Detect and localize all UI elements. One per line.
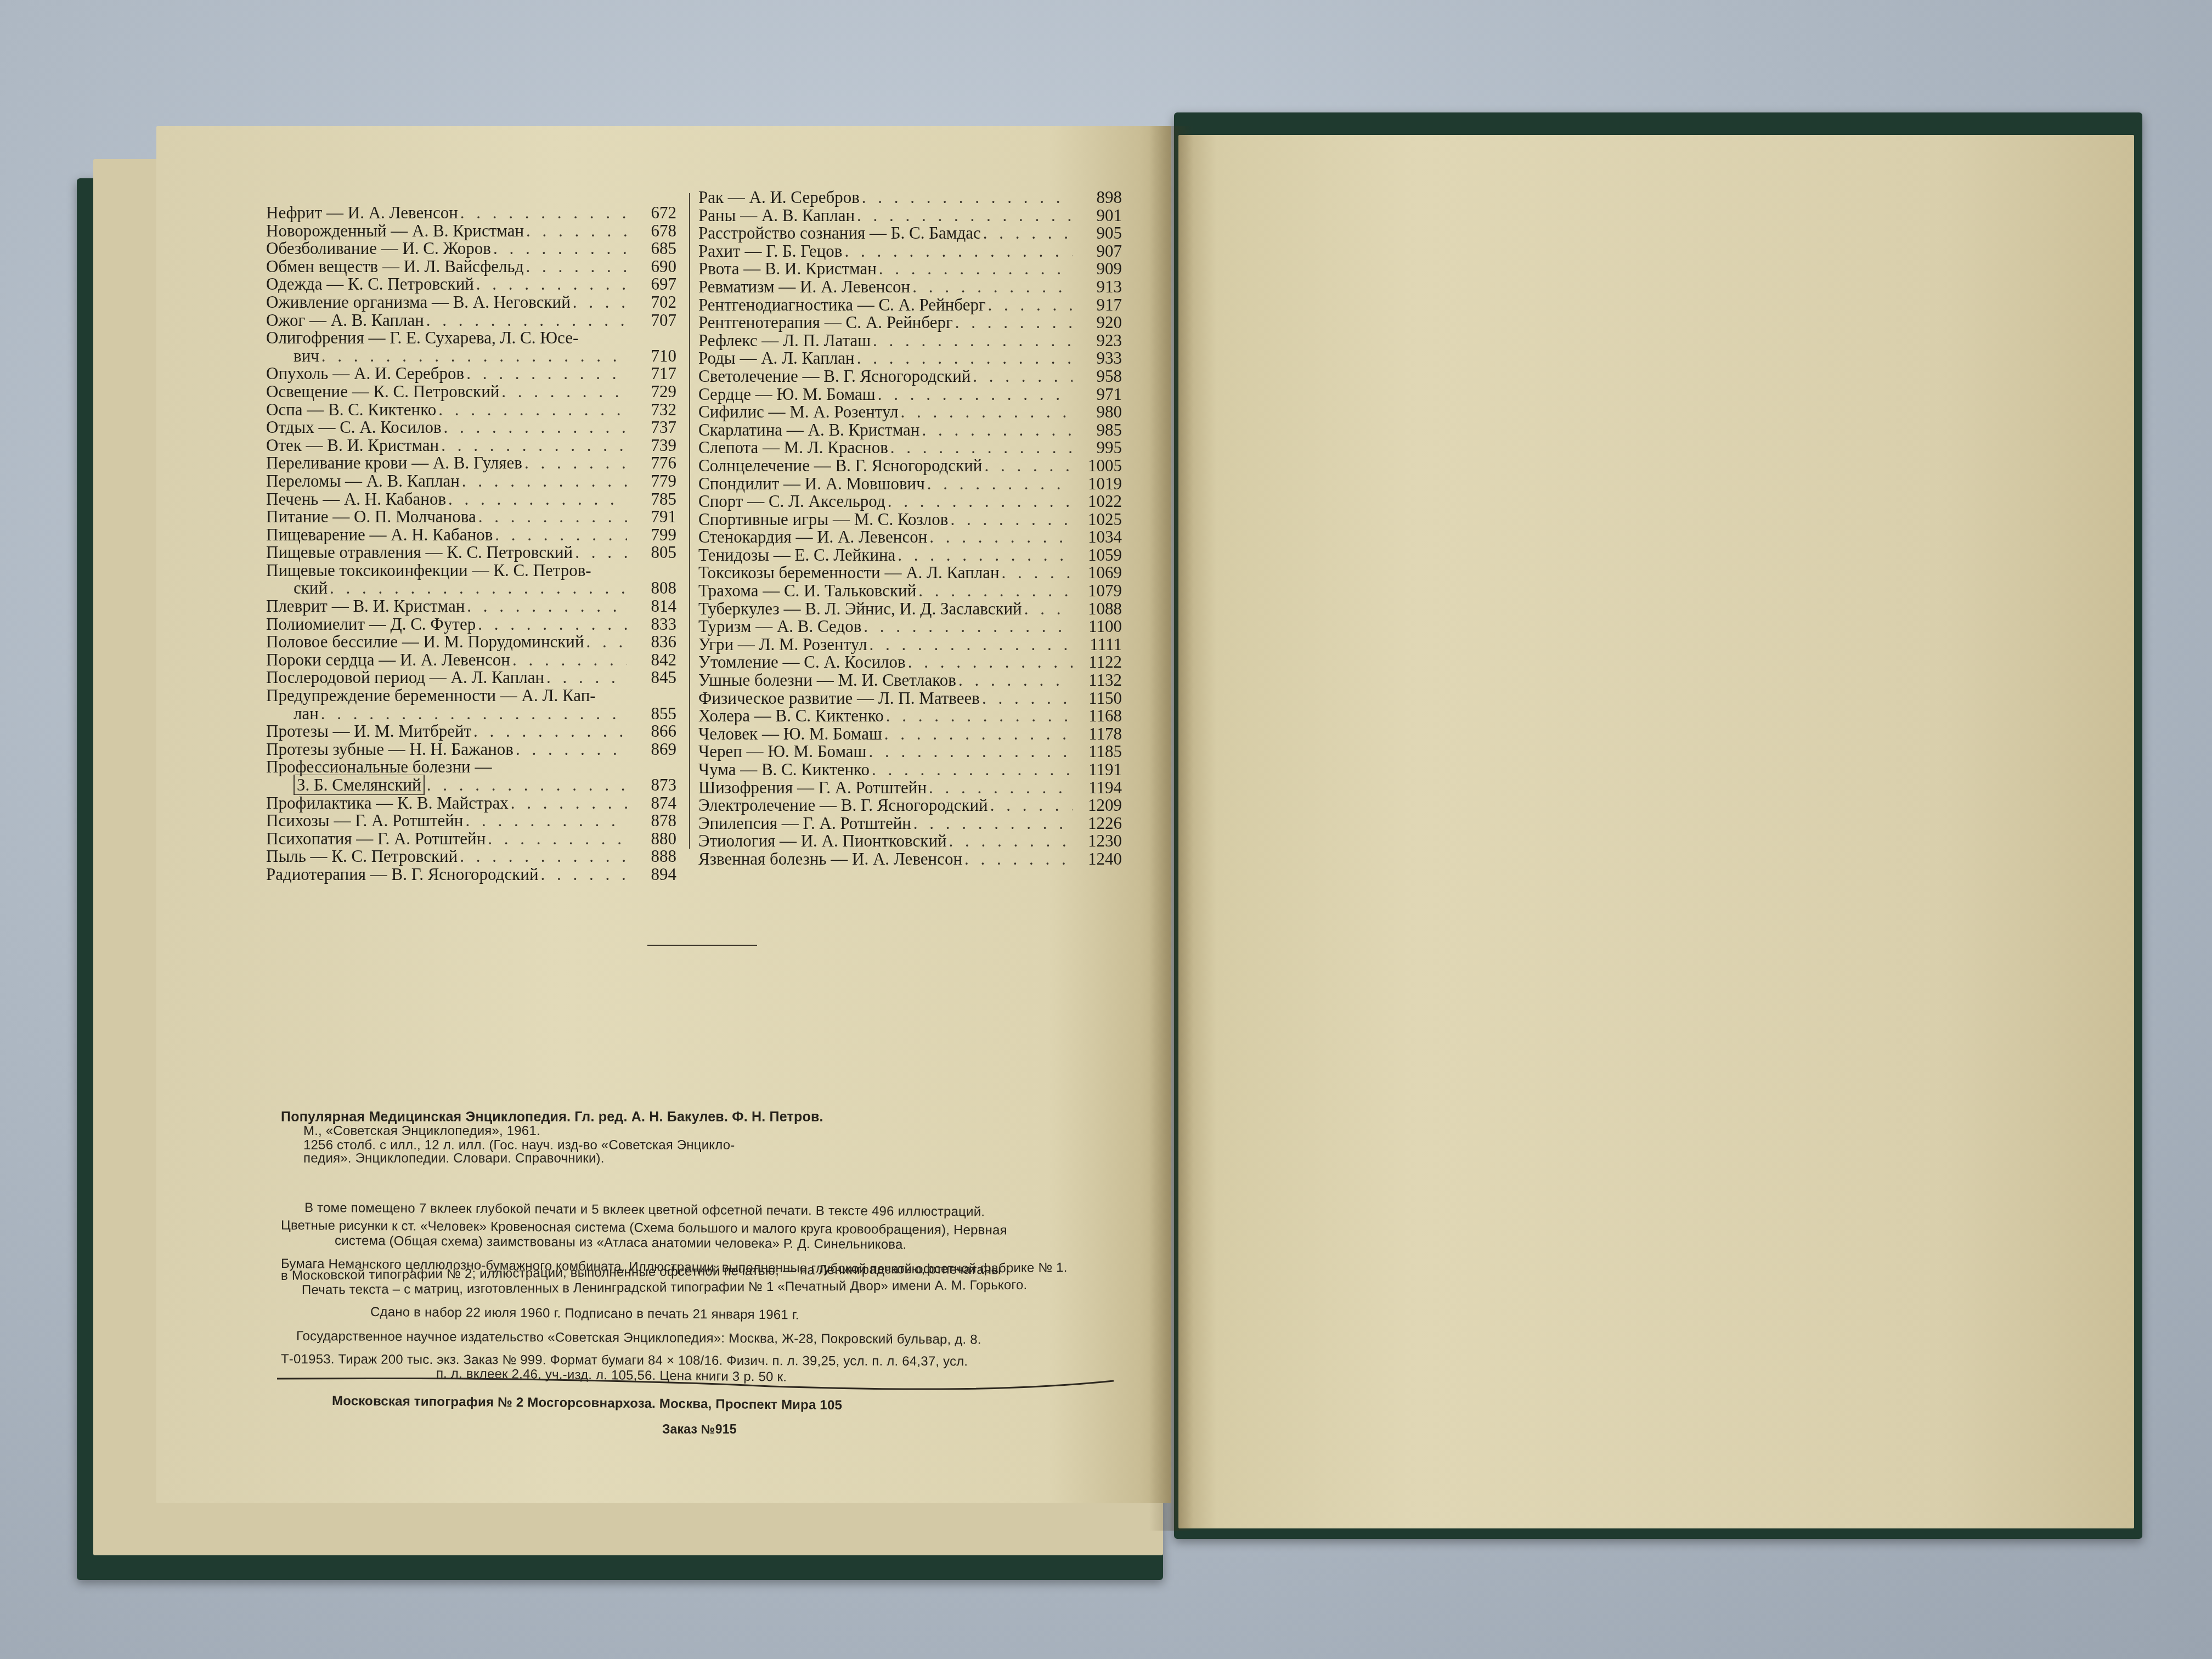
dot-leader xyxy=(929,779,1073,797)
dot-leader xyxy=(466,365,627,383)
toc-entry: Человек — Ю. М. Бомаш1178 xyxy=(698,725,1122,743)
toc-entry-page: 888 xyxy=(629,848,676,866)
dot-leader xyxy=(868,743,1073,761)
toc-entry-page: 729 xyxy=(629,383,676,401)
toc-entry-page: 710 xyxy=(629,347,676,365)
dot-leader xyxy=(901,403,1073,421)
dot-leader xyxy=(857,349,1073,368)
toc-entry-title: Спондилит — И. А. Мовшович xyxy=(698,475,925,493)
dot-leader xyxy=(575,544,627,562)
toc-entry: Печень — А. Н. Кабанов785 xyxy=(266,490,676,509)
toc-entry-title: Одежда — К. С. Петровский xyxy=(266,275,474,294)
toc-entry-title: Раны — А. В. Каплан xyxy=(698,207,855,225)
toc-entry-page: 1059 xyxy=(1075,546,1122,565)
toc-entry: Протезы — И. М. Митбрейт866 xyxy=(266,723,676,741)
toc-entry-title: Оспа — В. С. Киктенко xyxy=(266,401,436,419)
toc-entry-title: Оживление организма — В. А. Неговский xyxy=(266,294,571,312)
toc-entry-title: Обезболивание — И. С. Жоров xyxy=(266,240,491,258)
toc-entry: Язвенная болезнь — И. А. Левенсон1240 xyxy=(698,850,1122,868)
dot-leader xyxy=(467,597,627,616)
right-page-blank xyxy=(1178,135,2134,1528)
dot-leader xyxy=(872,761,1073,779)
toc-entry: Сифилис — М. А. Розентул980 xyxy=(698,403,1122,421)
toc-entry: Половое бессилие — И. М. Порудоминский83… xyxy=(266,633,676,651)
toc-entry-page: 1122 xyxy=(1075,653,1122,672)
toc-entry-title: Отек — В. И. Кристман xyxy=(266,437,439,455)
toc-entry-title: Светолечение — В. Г. Ясногородский xyxy=(698,368,970,386)
dot-leader xyxy=(462,472,627,490)
toc-entry-page: 923 xyxy=(1075,332,1122,350)
dot-leader xyxy=(321,347,627,365)
toc-entry: лан855 xyxy=(266,705,676,723)
toc-entry: Пищевые отравления — К. С. Петровский805 xyxy=(266,544,676,562)
toc-entry: ский808 xyxy=(266,579,676,597)
dot-leader xyxy=(890,439,1073,457)
toc-entry-title: Ревматизм — И. А. Левенсон xyxy=(698,278,910,296)
toc-entry-title: Половое бессилие — И. М. Порудоминский xyxy=(266,633,584,651)
dot-leader xyxy=(512,651,627,669)
toc-entry-page: 894 xyxy=(629,866,676,884)
toc-entry: Раны — А. В. Каплан901 xyxy=(698,207,1122,225)
toc-entry-page: 702 xyxy=(629,294,676,312)
catalog-line: Популярная Медицинская Энциклопедия. Гл.… xyxy=(281,1109,823,1125)
toc-entry-title: Рентгенотерапия — С. А. Рейнберг xyxy=(698,314,953,332)
toc-entry: Рентгенодиагностика — С. А. Рейнберг917 xyxy=(698,296,1122,314)
toc-entry: Спортивные игры — М. С. Козлов1025 xyxy=(698,511,1122,529)
dot-leader xyxy=(864,618,1073,636)
toc-entry-title: Олигофрения — Г. Е. Сухарева, Л. С. Юсе- xyxy=(266,329,578,347)
toc-entry: Нефрит — И. А. Левенсон672 xyxy=(266,204,676,222)
dot-leader xyxy=(448,490,627,509)
toc-entry-page: 920 xyxy=(1075,314,1122,332)
toc-entry: Спондилит — И. А. Мовшович1019 xyxy=(698,475,1122,493)
toc-entry-title: Послеродовой период — А. Л. Каплан xyxy=(266,669,544,687)
dot-leader xyxy=(573,294,627,312)
toc-entry: Протезы зубные — Н. Н. Бажанов869 xyxy=(266,741,676,759)
dot-leader xyxy=(886,707,1073,725)
toc-entry: Расстройство сознания — Б. С. Бамдас905 xyxy=(698,224,1122,242)
toc-entry-page: 880 xyxy=(629,830,676,848)
toc-entry-title: Сердце — Ю. М. Бомаш xyxy=(698,386,876,404)
toc-entry-title: Рефлекс — Л. П. Латаш xyxy=(698,332,871,350)
toc-entry-title: Язвенная болезнь — И. А. Левенсон xyxy=(698,850,962,868)
toc-entry-page: 1005 xyxy=(1075,457,1122,475)
toc-entry-title: Тенидозы — Е. С. Лейкина xyxy=(698,546,895,565)
dot-leader xyxy=(873,332,1073,350)
toc-entry-title: Ушные болезни — М. И. Светлаков xyxy=(698,672,956,690)
toc-entry: Отек — В. И. Кристман739 xyxy=(266,437,676,455)
toc-entry: Трахома — С. И. Тальковский1079 xyxy=(698,582,1122,600)
dot-leader xyxy=(913,815,1073,833)
catalog-title: Популярная Медицинская Энциклопедия. Гл.… xyxy=(281,1109,823,1125)
dot-leader xyxy=(973,368,1073,386)
dot-leader xyxy=(460,204,627,222)
dot-leader xyxy=(488,830,627,848)
toc-entry-title: Шизофрения — Г. А. Ротштейн xyxy=(698,779,927,797)
toc-entry-title: Трахома — С. И. Тальковский xyxy=(698,582,916,600)
toc-entry: Психозы — Г. А. Ротштейн878 xyxy=(266,812,676,830)
toc-entry-page: 901 xyxy=(1075,207,1122,225)
toc-entry: Радиотерапия — В. Г. Ясногородский894 xyxy=(266,866,676,884)
dot-leader xyxy=(1024,600,1073,618)
toc-entry-title: Туризм — А. В. Седов xyxy=(698,618,861,636)
dot-leader xyxy=(438,401,627,419)
toc-entry-title: Печень — А. Н. Кабанов xyxy=(266,490,446,509)
toc-entry: Рак — А. И. Серебров898 xyxy=(698,189,1122,207)
toc-entry-title: Предупреждение беременности — А. Л. Кап- xyxy=(266,687,596,705)
toc-entry: Послеродовой период — А. Л. Каплан845 xyxy=(266,669,676,687)
toc-entry-title: Роды — А. Л. Каплан xyxy=(698,349,855,368)
toc-entry: Этиология — И. А. Пионтковский1230 xyxy=(698,832,1122,850)
column-divider xyxy=(689,193,690,849)
order-stamp: Заказ №915 xyxy=(662,1422,737,1437)
toc-entry: Стенокардия — И. А. Левенсон1034 xyxy=(698,528,1122,546)
toc-entry-title: Новорожденный — А. В. Кристман xyxy=(266,222,524,240)
dot-leader xyxy=(546,669,627,687)
toc-entry-page: 737 xyxy=(629,419,676,437)
toc-entry-page: 898 xyxy=(1075,189,1122,207)
toc-entry-title: Рентгенодиагностика — С. А. Рейнберг xyxy=(698,296,986,314)
dot-leader xyxy=(984,457,1073,475)
toc-entry-page: 1178 xyxy=(1075,725,1122,743)
toc-entry: З. Б. Смелянский873 xyxy=(266,776,676,794)
toc-entry-title: Пыль — К. С. Петровский xyxy=(266,848,458,866)
toc-entry: Обмен веществ — И. Л. Вайсфельд690 xyxy=(266,258,676,276)
dot-leader xyxy=(918,582,1073,600)
toc-entry-title: Чума — В. С. Киктенко xyxy=(698,761,870,779)
dot-leader xyxy=(949,832,1073,850)
toc-entry-title: Отдых — С. А. Косилов xyxy=(266,419,442,437)
dot-leader xyxy=(444,419,627,437)
toc-entry-title: Протезы зубные — Н. Н. Бажанов xyxy=(266,741,513,759)
dot-leader xyxy=(321,705,627,723)
toc-entry: Опухоль — А. И. Серебров717 xyxy=(266,365,676,383)
toc-entry-page: 1240 xyxy=(1075,850,1122,868)
toc-entry: Токсикозы беременности — А. Л. Каплан106… xyxy=(698,564,1122,582)
toc-entry-title: Профилактика — К. В. Майстрах xyxy=(266,794,509,812)
toc-entry-title: Туберкулез — В. Л. Эйнис, И. Д. Заславск… xyxy=(698,600,1022,618)
dot-leader xyxy=(879,260,1073,278)
toc-entry-page: 1088 xyxy=(1075,600,1122,618)
catalog-line: педия». Энциклопедии. Словари. Справочни… xyxy=(303,1151,605,1166)
dot-leader xyxy=(524,454,627,472)
toc-entry-page: 866 xyxy=(629,723,676,741)
toc-entry: Светолечение — В. Г. Ясногородский958 xyxy=(698,368,1122,386)
toc-entry-page: 1194 xyxy=(1075,779,1122,797)
toc-entry-page: 1022 xyxy=(1075,493,1122,511)
toc-entry-page: 985 xyxy=(1075,421,1122,439)
toc-entry-page: 690 xyxy=(629,258,676,276)
toc-entry-title: Слепота — М. Л. Краснов xyxy=(698,439,888,457)
toc-entry-title: Эпилепсия — Г. А. Ротштейн xyxy=(698,815,911,833)
specs-line: Т-01953. Тираж 200 тыс. экз. Заказ № 999… xyxy=(281,1352,968,1369)
toc-entry-title: Холера — В. С. Киктенко xyxy=(698,707,884,725)
dot-leader xyxy=(862,189,1073,207)
toc-entry-title: Токсикозы беременности — А. Л. Каплан xyxy=(698,564,1000,582)
toc-entry-page: 805 xyxy=(629,544,676,562)
toc-entry: Эпилепсия — Г. А. Ротштейн1226 xyxy=(698,815,1122,833)
dot-leader xyxy=(927,475,1073,493)
toc-entry-title: Спортивные игры — М. С. Козлов xyxy=(698,511,948,529)
toc-entry-page: 980 xyxy=(1075,403,1122,421)
toc-entry-title: Этиология — И. А. Пионтковский xyxy=(698,832,947,850)
toc-entry-page: 1185 xyxy=(1075,743,1122,761)
toc-entry-page: 685 xyxy=(629,240,676,258)
toc-entry: Рахит — Г. Б. Гецов907 xyxy=(698,242,1122,261)
toc-entry-title: Пороки сердца — И. А. Левенсон xyxy=(266,651,510,669)
toc-entry: Отдых — С. А. Косилов737 xyxy=(266,419,676,437)
toc-entry-page: 1034 xyxy=(1075,528,1122,546)
toc-entry-page: 907 xyxy=(1075,242,1122,261)
section-rule xyxy=(647,945,757,946)
toc-entry-title: Скарлатина — А. В. Кристман xyxy=(698,421,919,439)
toc-entry-page: 971 xyxy=(1075,386,1122,404)
toc-entry: Обезболивание — И. С. Жоров685 xyxy=(266,240,676,258)
toc-entry-title: Угри — Л. М. Розентул xyxy=(698,636,867,654)
dot-leader xyxy=(912,278,1073,296)
dot-leader xyxy=(878,386,1073,404)
dot-leader xyxy=(426,312,627,330)
toc-entry-title: Полиомиелит — Д. С. Футер xyxy=(266,616,476,634)
toc-entry-page: 905 xyxy=(1075,224,1122,242)
dot-leader xyxy=(441,437,627,455)
dot-leader xyxy=(473,723,627,741)
dot-leader xyxy=(460,848,627,866)
toc-entry-title: Протезы — И. М. Митбрейт xyxy=(266,723,471,741)
toc-entry: Электролечение — В. Г. Ясногородский1209 xyxy=(698,797,1122,815)
toc-entry-page: 933 xyxy=(1075,349,1122,368)
toc-entry: Одежда — К. С. Петровский697 xyxy=(266,275,676,294)
toc-entry: Новорожденный — А. В. Кристман678 xyxy=(266,222,676,240)
toc-left-column: Нефрит — И. А. Левенсон672Новорожденный … xyxy=(266,204,676,884)
dot-leader xyxy=(929,528,1073,546)
toc-entry-title: лан xyxy=(266,705,319,723)
toc-entry: Освещение — К. С. Петровский729 xyxy=(266,383,676,401)
toc-entry: Питание — О. П. Молчанова791 xyxy=(266,508,676,526)
dot-leader xyxy=(982,690,1073,708)
toc-entry: Пищевые токсикоинфекции — К. С. Петров- xyxy=(266,562,676,580)
toc-entry-title: Переломы — А. В. Каплан xyxy=(266,472,460,490)
dot-leader xyxy=(898,546,1073,565)
dot-leader xyxy=(541,866,628,884)
toc-entry: Олигофрения — Г. Е. Сухарева, Л. С. Юсе- xyxy=(266,329,676,347)
dot-leader xyxy=(330,579,627,597)
toc-entry-page: 995 xyxy=(1075,439,1122,457)
toc-entry: вич710 xyxy=(266,347,676,365)
toc-entry-title: Пищевые токсикоинфекции — К. С. Петров- xyxy=(266,562,591,580)
toc-entry-page: 697 xyxy=(629,275,676,294)
toc-entry: Предупреждение беременности — А. Л. Кап- xyxy=(266,687,676,705)
toc-entry-page: 1100 xyxy=(1075,618,1122,636)
dot-leader xyxy=(950,511,1073,529)
toc-entry-title: Нефрит — И. А. Левенсон xyxy=(266,204,458,222)
spine-gutter xyxy=(1149,126,1193,1531)
toc-entry: Скарлатина — А. В. Кристман985 xyxy=(698,421,1122,439)
dot-leader xyxy=(884,725,1073,743)
toc-entry-page: 732 xyxy=(629,401,676,419)
toc-entry-title: Расстройство сознания — Б. С. Бамдас xyxy=(698,224,981,242)
dot-leader xyxy=(844,242,1073,261)
dot-leader xyxy=(493,240,627,258)
toc-entry-page: 913 xyxy=(1075,278,1122,296)
toc-entry-title: Обмен веществ — И. Л. Вайсфельд xyxy=(266,258,523,276)
toc-entry: Роды — А. Л. Каплан933 xyxy=(698,349,1122,368)
toc-entry-page: 1111 xyxy=(1075,636,1122,654)
toc-entry: Рентгенотерапия — С. А. Рейнберг920 xyxy=(698,314,1122,332)
toc-entry-page: 873 xyxy=(629,776,676,794)
toc-entry-page: 1191 xyxy=(1075,761,1122,779)
toc-entry-page: 845 xyxy=(629,669,676,687)
toc-entry: Туберкулез — В. Л. Эйнис, И. Д. Заславск… xyxy=(698,600,1122,618)
dot-leader xyxy=(501,383,627,401)
toc-entry-page: 808 xyxy=(629,579,676,597)
dot-leader xyxy=(516,741,627,759)
dates-line: Сдано в набор 22 июля 1960 г. Подписано … xyxy=(370,1305,799,1323)
toc-entry: Череп — Ю. М. Бомаш1185 xyxy=(698,743,1122,761)
toc-entry-page: 836 xyxy=(629,633,676,651)
toc-entry-page: 785 xyxy=(629,490,676,509)
toc-entry: Холера — В. С. Киктенко1168 xyxy=(698,707,1122,725)
dot-leader xyxy=(526,222,627,240)
toc-entry: Шизофрения — Г. А. Ротштейн1194 xyxy=(698,779,1122,797)
toc-entry: Угри — Л. М. Розентул1111 xyxy=(698,636,1122,654)
toc-entry: Оживление организма — В. А. Неговский702 xyxy=(266,294,676,312)
toc-entry: Чума — В. С. Киктенко1191 xyxy=(698,761,1122,779)
dot-leader xyxy=(511,794,627,812)
toc-entry: Профессиональные болезни — xyxy=(266,758,676,776)
toc-entry: Профилактика — К. В. Майстрах874 xyxy=(266,794,676,812)
toc-entry-page: 917 xyxy=(1075,296,1122,314)
toc-entry-page: 1019 xyxy=(1075,475,1122,493)
toc-entry: Сердце — Ю. М. Бомаш971 xyxy=(698,386,1122,404)
toc-entry-title: Рвота — В. И. Кристман xyxy=(698,260,877,278)
toc-entry: Полиомиелит — Д. С. Футер833 xyxy=(266,616,676,634)
toc-entry-title: вич xyxy=(266,347,319,365)
toc-entry-page: 855 xyxy=(629,705,676,723)
toc-entry-page: 1069 xyxy=(1075,564,1122,582)
toc-entry-page: 874 xyxy=(629,794,676,812)
toc-entry-title: Сифилис — М. А. Розентул xyxy=(698,403,899,421)
toc-entry-title: Рахит — Г. Б. Гецов xyxy=(698,242,842,261)
toc-entry-page: 1168 xyxy=(1075,707,1122,725)
toc-entry-page: 909 xyxy=(1075,260,1122,278)
toc-entry-page: 958 xyxy=(1075,368,1122,386)
dot-leader xyxy=(983,224,1073,242)
dot-leader xyxy=(526,258,627,276)
toc-entry-page: 672 xyxy=(629,204,676,222)
dot-leader xyxy=(465,812,627,830)
toc-entry-title: Психопатия — Г. А. Ротштейн xyxy=(266,830,486,848)
toc-entry-page: 707 xyxy=(629,312,676,330)
toc-entry-page: 1150 xyxy=(1075,690,1122,708)
wavy-rule xyxy=(277,1374,1114,1391)
toc-entry-page: 739 xyxy=(629,437,676,455)
toc-entry-page: 1226 xyxy=(1075,815,1122,833)
toc-entry: Ожог — А. В. Каплан707 xyxy=(266,312,676,330)
toc-entry: Пыль — К. С. Петровский888 xyxy=(266,848,676,866)
toc-entry-page: 791 xyxy=(629,508,676,526)
toc-entry-page: 1079 xyxy=(1075,582,1122,600)
toc-entry-page: 779 xyxy=(629,472,676,490)
toc-entry: Психопатия — Г. А. Ротштейн880 xyxy=(266,830,676,848)
toc-entry: Слепота — М. Л. Краснов995 xyxy=(698,439,1122,457)
toc-entry-page: 814 xyxy=(629,597,676,616)
dot-leader xyxy=(888,493,1073,511)
toc-entry-title: Пищеварение — А. Н. Кабанов xyxy=(266,526,493,544)
dot-leader xyxy=(476,275,627,294)
toc-entry: Рефлекс — Л. П. Латаш923 xyxy=(698,332,1122,350)
toc-entry-title: Утомление — С. А. Косилов xyxy=(698,653,906,672)
dot-leader xyxy=(958,672,1073,690)
toc-entry-page: 717 xyxy=(629,365,676,383)
toc-entry-title: Плеврит — В. И. Кристман xyxy=(266,597,465,616)
toc-entry-page: 678 xyxy=(629,222,676,240)
toc-entry: Плеврит — В. И. Кристман814 xyxy=(266,597,676,616)
toc-entry-page: 1209 xyxy=(1075,797,1122,815)
toc-entry: Тенидозы — Е. С. Лейкина1059 xyxy=(698,546,1122,565)
toc-entry: Пищеварение — А. Н. Кабанов799 xyxy=(266,526,676,544)
toc-entry-page: 869 xyxy=(629,741,676,759)
toc-entry-title: Спорт — С. Л. Аксельрод xyxy=(698,493,885,511)
dot-leader xyxy=(478,616,627,634)
toc-entry-title: Рак — А. И. Серебров xyxy=(698,189,860,207)
dot-leader xyxy=(495,526,627,544)
toc-entry: Ревматизм — И. А. Левенсон913 xyxy=(698,278,1122,296)
toc-entry-title: Стенокардия — И. А. Левенсон xyxy=(698,528,927,546)
toc-entry-title: Переливание крови — А. В. Гуляев xyxy=(266,454,522,472)
toc-entry-title: Питание — О. П. Молчанова xyxy=(266,508,476,526)
toc-entry-page: 776 xyxy=(629,454,676,472)
toc-entry: Солнцелечение — В. Г. Ясногородский1005 xyxy=(698,457,1122,475)
toc-entry: Пороки сердца — И. А. Левенсон842 xyxy=(266,651,676,669)
toc-entry: Утомление — С. А. Косилов1122 xyxy=(698,653,1122,672)
toc-entry-page: 1025 xyxy=(1075,511,1122,529)
toc-entry-title: Солнцелечение — В. Г. Ясногородский xyxy=(698,457,982,475)
toc-entry-title: Опухоль — А. И. Серебров xyxy=(266,365,464,383)
dot-leader xyxy=(908,653,1073,672)
dot-leader xyxy=(1002,564,1073,582)
toc-entry-title: Ожог — А. В. Каплан xyxy=(266,312,424,330)
toc-entry-page: 1132 xyxy=(1075,672,1122,690)
catalog-line: М., «Советская Энциклопедия», 1961. xyxy=(303,1124,540,1139)
toc-entry-page: 833 xyxy=(629,616,676,634)
dot-leader xyxy=(478,508,627,526)
toc-entry-title: Череп — Ю. М. Бомаш xyxy=(698,743,866,761)
dot-leader xyxy=(964,850,1073,868)
toc-entry-page: 799 xyxy=(629,526,676,544)
toc-entry-title: Физическое развитие — Л. П. Матвеев xyxy=(698,690,980,708)
dot-leader xyxy=(427,776,627,794)
dot-leader xyxy=(586,633,627,651)
toc-entry: Спорт — С. Л. Аксельрод1022 xyxy=(698,493,1122,511)
dot-leader xyxy=(988,296,1073,314)
toc-entry-title: Психозы — Г. А. Ротштейн xyxy=(266,812,463,830)
toc-entry-title: Радиотерапия — В. Г. Ясногородский xyxy=(266,866,539,884)
toc-entry-title: ский xyxy=(266,579,328,597)
toc-entry-title: З. Б. Смелянский xyxy=(266,776,425,794)
toc-entry-title: Освещение — К. С. Петровский xyxy=(266,383,499,401)
dot-leader xyxy=(955,314,1073,332)
dot-leader xyxy=(857,207,1073,225)
toc-entry: Рвота — В. И. Кристман909 xyxy=(698,260,1122,278)
toc-entry-title: Электролечение — В. Г. Ясногородский xyxy=(698,797,988,815)
toc-entry-page: 878 xyxy=(629,812,676,830)
boxed-author-name: З. Б. Смелянский xyxy=(294,775,425,795)
toc-right-column: Рак — А. И. Серебров898Раны — А. В. Капл… xyxy=(698,189,1122,868)
dot-leader xyxy=(990,797,1073,815)
toc-entry: Туризм — А. В. Седов1100 xyxy=(698,618,1122,636)
toc-entry: Физическое развитие — Л. П. Матвеев1150 xyxy=(698,690,1122,708)
